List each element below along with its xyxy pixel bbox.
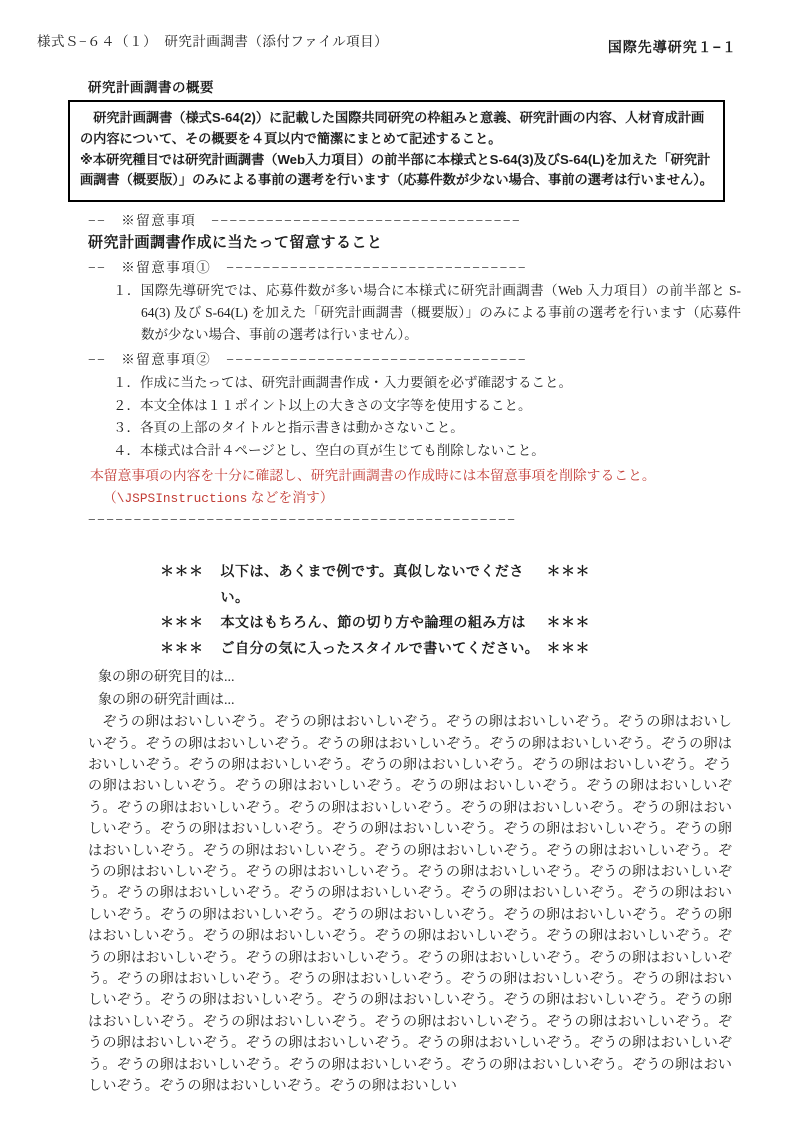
warning-rest: などを消す）: [247, 490, 333, 505]
warning-latex-command: \JSPSInstructions: [117, 491, 248, 506]
stars-left: ＊＊＊: [160, 610, 204, 636]
note1-item: １．国際先導研究では、応募件数が多い場合に本様式に研究計画調書（Web 入力項目…: [113, 280, 741, 346]
page-header: 様式Ｓ−６４（１） 研究計画調書（添付ファイル項目） 国際先導研究１−１: [37, 30, 754, 57]
example-note-text: 以下は、あくまで例です。真似しないでください。: [204, 559, 547, 610]
warning-line-1: 本留意事項の内容を十分に確認し、研究計画調書の作成時には本留意事項を削除すること…: [90, 465, 734, 486]
overview-paragraph-2: ※本研究種目では研究計画調書（Web入力項目）の前半部に本様式とS-64(3)及…: [80, 150, 713, 192]
note2-list: １．作成に当たっては、研究計画調書作成・入力要領を必ず確認すること。 ２．本文全…: [113, 372, 734, 462]
stars-right: ＊＊＊: [547, 636, 591, 662]
note2-item-3: ３．各頁の上部のタイトルと指示書きは動かさないこと。: [113, 417, 734, 440]
note2-item-2: ２．本文全体は１１ポイント以上の大きさの文字等を使用すること。: [113, 395, 734, 418]
example-note-text: ご自分の気に入ったスタイルで書いてください。: [204, 636, 547, 662]
doc-number-label: 国際先導研究１−１: [608, 37, 737, 57]
stars-right: ＊＊＊: [547, 610, 591, 636]
notes-divider-plain: −− ※留意事項 −−−−−−−−−−−−−−−−−−−−−−−−−−−−−−−…: [88, 211, 734, 231]
example-note-line-3: ＊＊＊ ご自分の気に入ったスタイルで書いてください。 ＊＊＊: [160, 636, 590, 662]
document-page: 様式Ｓ−６４（１） 研究計画調書（添付ファイル項目） 国際先導研究１−１ 研究計…: [0, 0, 794, 1123]
notes-divider-1: −− ※留意事項① −−−−−−−−−−−−−−−−−−−−−−−−−−−−−−…: [88, 258, 734, 278]
warning-line-2: （\JSPSInstructions などを消す）: [103, 487, 734, 509]
notes-heading: 研究計画調書作成に当たって留意すること: [88, 232, 734, 254]
example-note-line-1: ＊＊＊ 以下は、あくまで例です。真似しないでください。 ＊＊＊: [160, 559, 590, 610]
stars-left: ＊＊＊: [160, 559, 204, 585]
overview-heading: 研究計画調書の概要: [88, 76, 734, 96]
example-body-paragraph: ぞうの卵はおいしいぞう。ぞうの卵はおいしいぞう。ぞうの卵はおいしいぞう。ぞうの卵…: [88, 712, 732, 1097]
research-plan-line: 象の卵の研究計画は...: [88, 690, 734, 712]
note2-item-1: １．作成に当たっては、研究計画調書作成・入力要領を必ず確認すること。: [113, 372, 734, 395]
note2-item-4: ４．本様式は合計４ページとし、空白の頁が生じても削除しないこと。: [113, 440, 734, 463]
research-purpose-line: 象の卵の研究目的は...: [88, 667, 734, 689]
example-note-line-2: ＊＊＊ 本文はもちろん、節の切り方や論理の組み方は ＊＊＊: [160, 610, 590, 636]
document-body: 研究計画調書の概要 研究計画調書（様式S-64(2)）に記載した国際共同研究の枠…: [88, 76, 734, 1098]
notes-divider-2: −− ※留意事項② −−−−−−−−−−−−−−−−−−−−−−−−−−−−−−…: [88, 350, 734, 370]
stars-right: ＊＊＊: [547, 559, 591, 585]
overview-instruction-box: 研究計画調書（様式S-64(2)）に記載した国際共同研究の枠組みと意義、研究計画…: [68, 100, 725, 202]
section-end-divider: −−−−−−−−−−−−−−−−−−−−−−−−−−−−−−−−−−−−−−−−…: [88, 511, 734, 529]
warning-open-paren: （: [103, 490, 117, 505]
overview-paragraph-1: 研究計画調書（様式S-64(2)）に記載した国際共同研究の枠組みと意義、研究計画…: [80, 108, 713, 150]
example-section: ＊＊＊ 以下は、あくまで例です。真似しないでください。 ＊＊＊ ＊＊＊ 本文はも…: [88, 559, 734, 1097]
form-code-title: 様式Ｓ−６４（１） 研究計画調書（添付ファイル項目）: [37, 30, 388, 50]
example-note-text: 本文はもちろん、節の切り方や論理の組み方は: [204, 610, 547, 636]
stars-left: ＊＊＊: [160, 636, 204, 662]
